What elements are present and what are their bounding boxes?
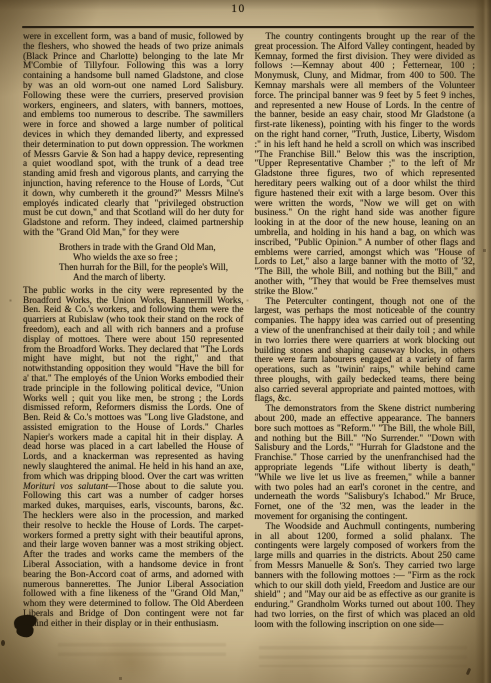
page-right-edge-shadow [475,0,491,683]
verse-line: Then hurrah for the Bill, for the people… [59,262,244,272]
paragraph-peterculter: The Peterculter contingent, though not o… [255,298,476,406]
paragraph-text: The public works in the city were repres… [23,286,244,482]
verse-line: And the march of liberty. [73,272,244,282]
scanned-newspaper-page: 10 were in excellent form, was a band of… [0,0,491,683]
left-column: were in excellent form, was a band of mu… [23,33,244,631]
paper-stain [96,640,166,683]
ink-speck [1,640,5,646]
header-rule [22,26,474,28]
verse-line: Brothers in trade with the Grand Old Man… [59,242,244,252]
paper-specks [0,0,1,1]
verse-line: Who wields the axe so free ; [73,252,244,262]
paragraph-text: —Those about to die salute you. Followin… [23,482,244,629]
right-column: The country contingents brought up the r… [255,33,476,631]
paragraph-country-contingents: The country contingents brought up the r… [255,33,476,298]
show-through-text-smudge [259,646,467,667]
paragraph-continuation: were in excellent form, was a band of mu… [23,33,244,239]
paragraph-woodside: The Woodside and Auchmull contingents, n… [255,523,476,631]
paragraph-public-works: The public works in the city were repres… [23,287,244,630]
page-number: 10 [0,3,477,15]
paragraph-skene: The demonstrators from the Skene distric… [255,405,476,523]
verse-block: Brothers in trade with the Grand Old Man… [59,242,244,282]
text-columns: were in excellent form, was a band of mu… [23,33,475,631]
ink-speck [466,668,471,676]
